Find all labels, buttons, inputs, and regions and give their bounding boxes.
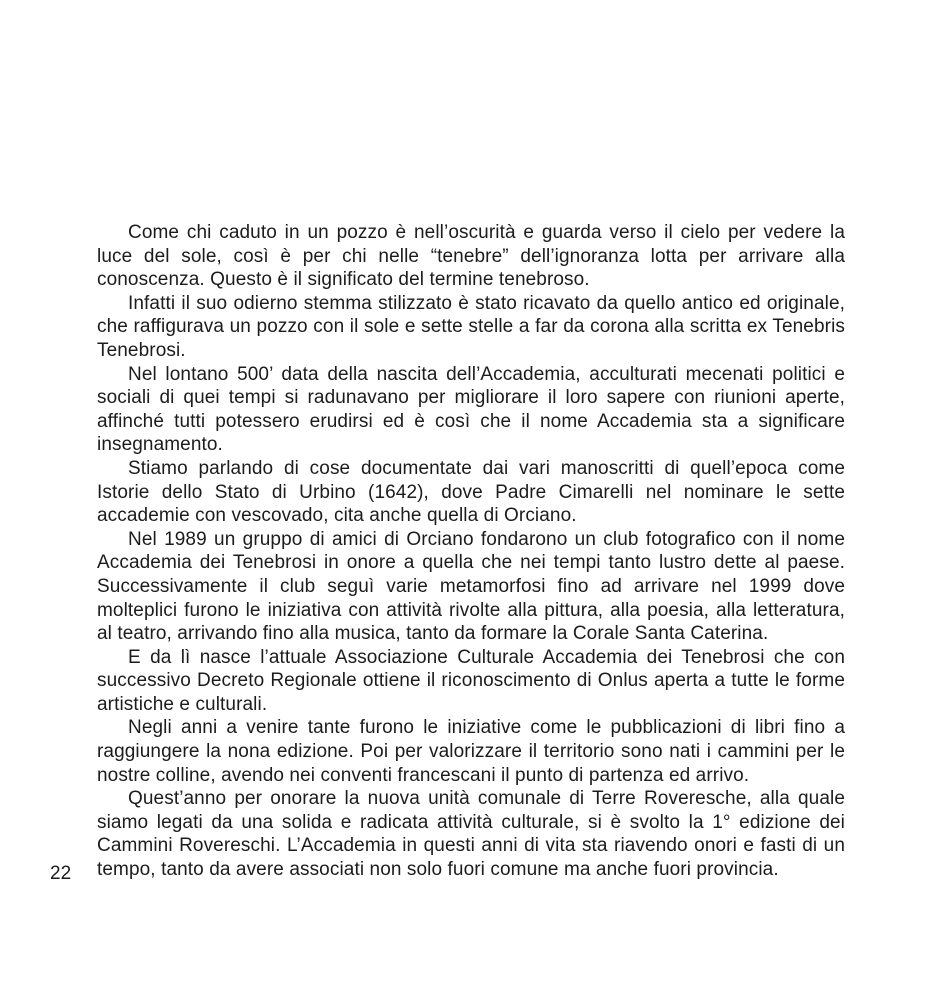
- paragraph: Nel 1989 un gruppo di amici di Orciano f…: [97, 528, 845, 646]
- paragraph: E da lì nasce l’attuale Associazione Cul…: [97, 646, 845, 717]
- page-number: 22: [50, 862, 71, 886]
- paragraph: Nel lontano 500’ data della nascita dell…: [97, 363, 845, 457]
- paragraph: Negli anni a venire tante furono le iniz…: [97, 716, 845, 787]
- paragraph: Quest’anno per onorare la nuova unità co…: [97, 787, 845, 881]
- paragraph: Come chi caduto in un pozzo è nell’oscur…: [97, 221, 845, 292]
- paragraph: Infatti il suo odierno stemma stilizzato…: [97, 292, 845, 363]
- text-block: Come chi caduto in un pozzo è nell’oscur…: [97, 221, 845, 882]
- book-page: Come chi caduto in un pozzo è nell’oscur…: [0, 0, 942, 1000]
- paragraph: Stiamo parlando di cose documentate dai …: [97, 457, 845, 528]
